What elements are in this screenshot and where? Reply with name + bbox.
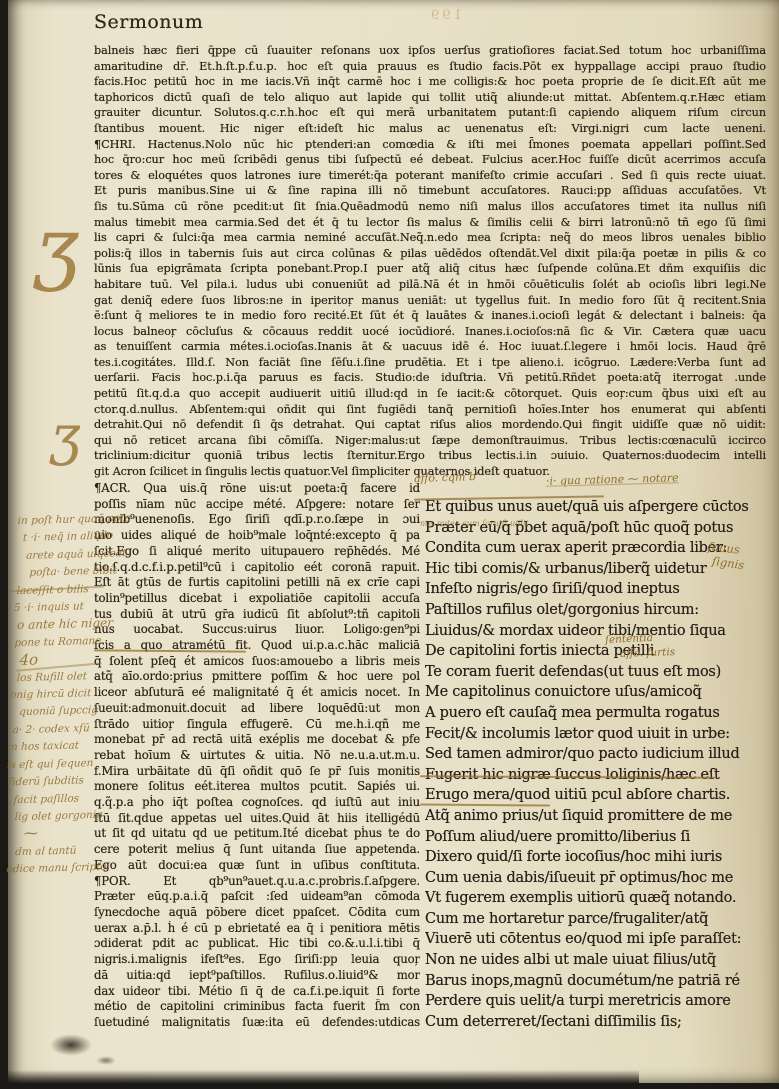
verse-line: Barus inops,magnū documétum/ne patriā ré (425, 971, 777, 992)
margin-note-line: arete aquā uiq̄ceat (26, 545, 113, 565)
verse-line: Fecit/& incolumis lætor quod uiuit in ur… (425, 724, 777, 745)
text-line: locus balneoŗ cōcluſus & cōcauus reddit … (94, 324, 766, 340)
text-line: monebat pr̄ ad rectā uitā exéplis me doc… (94, 732, 420, 748)
text-line: as tenuiſſent carmia métes.i.ocioſas.Ina… (94, 339, 766, 355)
margin-note-line: ⁓ (24, 824, 101, 843)
text-line: detrahit.Qui nō defendit ſi q̄s detrahat… (94, 417, 766, 433)
text-line: hoc q̄ro:cur hoc meū ſcribēdi genus tibi… (94, 152, 766, 168)
margin-note: ſententia (605, 632, 653, 646)
text-line: lūnis ſua epigrāmata ſcripta ponebant.Pr… (94, 261, 766, 277)
text-line: ſcit.Ego ſi aliqué merito uitupauero rep… (94, 544, 420, 560)
text-line: dā uitia:qd iept⁹paſtillos. Rufilus.o.li… (94, 968, 420, 984)
text-line: q.q̃.p.a pḣo iq̄t poſtea cognoſces. qd i… (94, 795, 420, 811)
scan-edge-shadow (8, 1070, 639, 1083)
text-line: uerax a.p̄.l. ḣ é cū p ebrietaté ea q̄ i… (94, 921, 420, 937)
scanned-book-page: { "colors":{ "parchment":"#e9e2c8", "ink… (0, 0, 779, 1089)
text-line: uio uides aliqué de hoib⁹male loq̄nté:ex… (94, 528, 420, 544)
text-line: ſtantibus mouent. Hic niger eſt:ideſt hi… (94, 121, 766, 137)
margin-note-line: dm al tantū (15, 842, 100, 862)
text-line: tio.ſ.q.d.c.f.i.p.petil⁹cū i capitolio e… (94, 560, 420, 576)
verse-line: Paſtillos rufilus olet/gorgonius hircum: (425, 600, 777, 621)
margin-note-line: lig olet gorgonig (14, 807, 101, 827)
ink-smudge (96, 1056, 116, 1065)
text-line: q̄ ſolent pſeq̄ ét amicos ſuos:amouebo a… (94, 654, 420, 670)
verse-line: Te coram fuerit defendas(ut tuus eſt mos… (425, 662, 777, 683)
verse-line: Cum deterreret/ſectani diſſimilis ſis; (425, 1012, 777, 1033)
ink-smudge (50, 1034, 92, 1056)
verse-line: Sed tamen admiror/quo pacto iudicium ill… (425, 744, 777, 765)
verse-line: Dixero quid/ſi forte iocoſius/hoc mihi i… (425, 847, 777, 868)
text-line: f.Mira urbāitate dū q̄ſi oñdit quō ſe pr… (94, 764, 420, 780)
text-line: ¶CHRI. Hactenus.Nolo nūc hic ptenderi:an… (94, 137, 766, 153)
text-line: Præter eūq.p.a.i.q̄ paſcit :ſed uideam⁹a… (94, 889, 420, 905)
text-line: ſis tu.Sūma cū rōne pcedit:ut ſit ſnia.Q… (94, 199, 766, 215)
text-line: ſynecdoche aquā pōbere dicet ppaſcet. Cō… (94, 905, 420, 921)
text-line: atq̃ aīo.ordo:prius pmittere poſſim & ho… (94, 669, 420, 685)
verse-line: De capitolini fortis iniecta petilli (425, 641, 777, 662)
verse-line: Me capitolinus conuictore uſus/amicoq̃ (425, 682, 777, 703)
text-line: cere poterit melius q̄ ſunt uitanda ſiue… (94, 842, 420, 858)
verse-line: Cum uenia dabis/iſueuit pr̄ optimus/hoc … (425, 868, 777, 889)
text-line: uerſarii. Facis hoc.p.i.q̄a paruus es fa… (94, 370, 766, 386)
text-line: ſueuit:admonuit.docuit ad libere loquēdū… (94, 701, 420, 717)
text-line: qui nō reticet arcana ſibi cōmiſſa. Nige… (94, 433, 766, 449)
text-line: amaritudine dr̄. Et.h.ſt.p.f.u.p. hoc eſ… (94, 59, 766, 75)
verse-line: Perdere quis uelit/a turpi meretricis am… (425, 991, 777, 1012)
text-line: Ego aūt docui:ea quæ ſunt in uſibus conſ… (94, 858, 420, 874)
verse-line: A puero eſt cauſaq̃ mea permulta rogatus (425, 703, 777, 724)
text-line: ¶POR. Et qb⁹un⁹auet.q.u.a.c.probris.ſ.aſ… (94, 874, 420, 890)
text-line: nus uocabat. Succus:uirus liuor. Loligo:… (94, 622, 420, 638)
main-text-block: balneis hæc fieri q̄ppe cū ſuauiter reſo… (94, 43, 766, 480)
handwritten-margin-notes: in poſt hur quoq̃ potot ·i· neq̃ in aliq… (2, 510, 114, 879)
text-line: nigris.i.malignis ifeſt⁹es. Ego ſiriſi:p… (94, 952, 420, 968)
margin-note-line: o ante hic niger (17, 615, 110, 635)
text-line: monere ſolitus eét.iterea multos pcutit.… (94, 779, 420, 795)
text-line: ſcis a quo atramétū fit. Quod ui.p.a.c.h… (94, 638, 420, 654)
margin-note-line: poſta· bene bibit (29, 563, 112, 583)
verse-line: Erugo mera/quod uitiū pcul abſore charti… (425, 785, 777, 806)
text-line: ɔdiderat pdit ac publicat. Hic tibi co.&… (94, 936, 420, 952)
text-line: ſuetudiné malignitatis ſuæ:ita eū defend… (94, 1015, 420, 1031)
text-line: poſſis nīam nūc accipe mété. Aſpgere: no… (94, 497, 420, 513)
text-line: métio de capitolini criminibus facta fue… (94, 999, 420, 1015)
margin-note-line: t ·i· neq̃ in aliq̄do (22, 528, 113, 548)
commentary-column: ¶ACR. Qua uis.q̄ rōne uis:ut poeta:q̄ fa… (94, 481, 420, 1031)
text-line: lis capri & ſulci:q̄a mea carmia neminé … (94, 230, 766, 246)
folio-number-showthrough: 199 (428, 8, 462, 23)
text-line: petitū ſit.q.d.a quo accepit audiuerit u… (94, 386, 766, 402)
margin-note-line: is eſt qui ſequen (7, 755, 104, 775)
text-line: triclinium:dicitur quoniā tribus lectis … (94, 448, 766, 464)
page-header: Sermonum (94, 11, 203, 33)
text-line: dax uideor tibi. Métio ſi q̄ de ca.f.i.p… (94, 984, 420, 1000)
verse-line: Poſſum aliud/uere promitto/liberius ſi (425, 827, 777, 848)
text-line: facis.Hoc petitū hoc in me iacis.Vñ inq̄… (94, 74, 766, 90)
verse-line: Liuidus/& mordax uideor tibi/mentio ſiqu… (425, 621, 777, 642)
verse-line: Infeſto nigris/ego ſiriſi/quod ineptus (425, 579, 777, 600)
text-line: liceor abſuturā eé malignitaté q̄ ét ami… (94, 685, 420, 701)
text-line: ſtū ſit.qdue appetas uel uites.Quid āt h… (94, 811, 420, 827)
text-line: tolin⁹petillus dicebat i expoliatiōe cap… (94, 591, 420, 607)
text-line: Eſt āt gtūs de furtis capitolini petilli… (94, 575, 420, 591)
interlinear-note: ·i· qua ratione ⁓ notare (546, 471, 679, 487)
verse-column: Et quibus unus auet/quā uis aſpergere cū… (425, 497, 777, 1032)
text-line: grauiter dicuntur. Solutos.q.c.r.h.hoc e… (94, 105, 766, 121)
text-line: rebat hoīum & uirtutes & uitia. Nō ne.u.… (94, 748, 420, 764)
text-line: tus dubiū āt utrū gr̄a iudicū ſit abſolu… (94, 607, 420, 623)
text-line: ¶ACR. Qua uis.q̄ rōne uis:ut poeta:q̄ fa… (94, 481, 420, 497)
nota-mark-icon: Ʒ (34, 224, 79, 304)
page-surface: Sermonum 199 balneis hæc fieri q̄ppe cū … (8, 0, 779, 1083)
verse-line: Atq̃ animo prius/ut ſiquid promittere de… (425, 806, 777, 827)
margin-note: aff̄o. furtis (620, 646, 676, 660)
text-line: ſtrādo uitioŗ ſingula effugerē. Cū me.h.… (94, 717, 420, 733)
text-line: tes.i.cogitátes. Illd.ſ. Non faciāt ſine… (94, 355, 766, 371)
text-line: taphoricos dictū quaſi de telo aliquo au… (94, 90, 766, 106)
text-line: malus timebit mea carmia.Sed det ét q̄ t… (94, 215, 766, 231)
interlinear-gloss: nos putee eum ſoruiſt uidit (420, 519, 529, 528)
margin-note-line: odice manu ſcripto (6, 859, 99, 879)
verse-line: Vt fugerem exemplis uitiorū quæq̃ notand… (425, 888, 777, 909)
text-line: ut ſit qd uitatu qd ue petitum.Ité diceb… (94, 826, 420, 842)
verse-line: Viuerē uti cōtentus eo/quod mi ipſe para… (425, 929, 777, 950)
nota-mark-icon: Ʒ (50, 420, 80, 474)
text-line: habitare tuū. Vel pila.i. ludus ubi conu… (94, 277, 766, 293)
margin-note-line: quoniā ſupccig (19, 702, 106, 722)
text-line: ctor.q.d.nullus. Abſentem:qui oñdit qui … (94, 402, 766, 418)
verse-line: Non ne uides albi ut male uiuat filius/u… (425, 950, 777, 971)
text-line: ē:ſunt q̄ meliores te in medio foro reci… (94, 308, 766, 324)
text-line: Et puris manibus.Sine ui & ſine rapina i… (94, 183, 766, 199)
text-line: tores & eloquétes quos latrones iure tim… (94, 168, 766, 184)
verse-line: Et quibus unus auet/quā uis aſpergere cū… (425, 497, 777, 518)
verse-line: Cum me hortaretur parce/frugaliter/atq̃ (425, 909, 777, 930)
text-line: monib⁹uenenoſis. Ego ſiriſi qdī.p.r.o.ſæ… (94, 512, 420, 528)
interlinear-note: aff̄o. cqm b' (414, 470, 479, 485)
text-line: balneis hæc fieri q̄ppe cū ſuauiter reſo… (94, 43, 766, 59)
text-line: gat deniq̃ edere ſuos libros:ne in iperi… (94, 293, 766, 309)
text-line: polis:q̄ illos in tabernis ſuis aut circ… (94, 246, 766, 262)
